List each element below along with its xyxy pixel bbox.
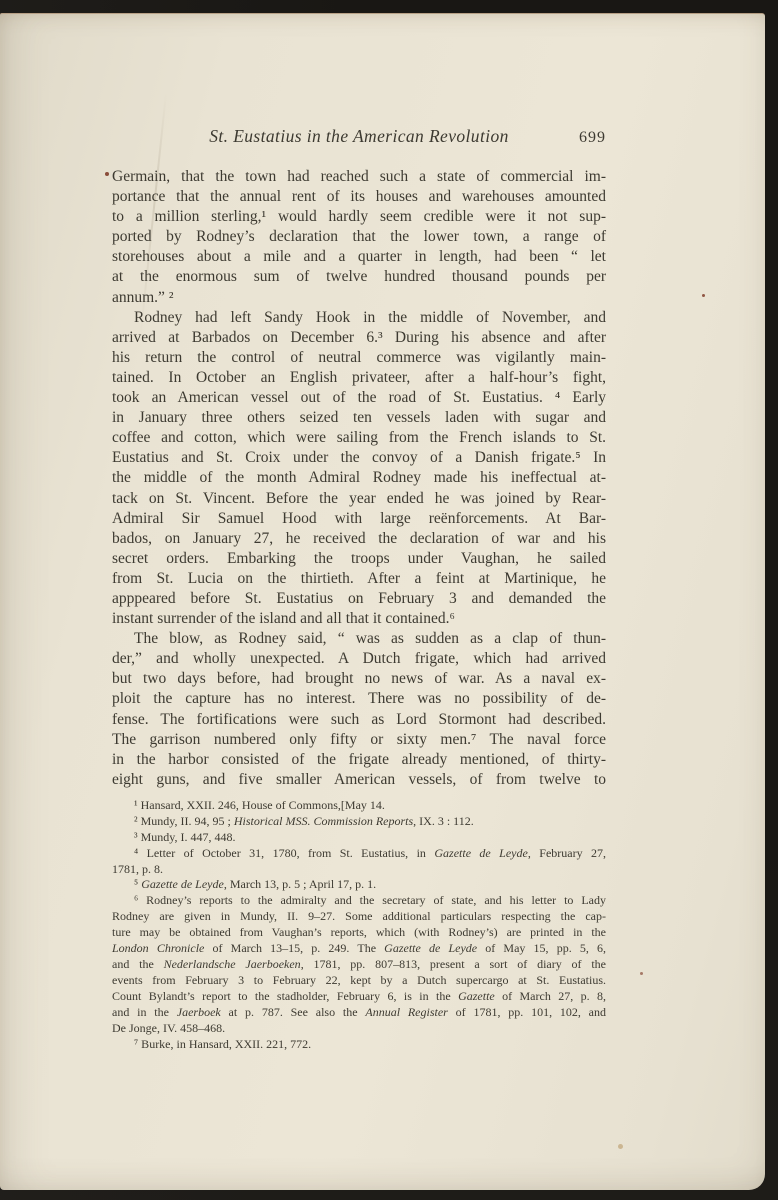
body-line: Germain, that the town had reached such … — [112, 167, 606, 187]
footnote-line: ture may be obtained from Vaughan’s repo… — [112, 925, 606, 941]
footnote-text: , IX. 3 : 112. — [413, 814, 474, 828]
body-line: bados, on January 27, he received the de… — [112, 529, 606, 549]
footnote-text: De Jonge, IV. 458–468. — [112, 1021, 225, 1035]
body-line: The blow, as Rodney said, “ was as sudde… — [112, 629, 606, 649]
body-line: The garrison numbered only fifty or sixt… — [112, 730, 606, 750]
footnote-text: Count Bylandt’s report to the stadholder… — [112, 989, 458, 1003]
footnote-line: 1781, p. 8. — [112, 862, 606, 878]
body-line: eight guns, and five smaller American ve… — [112, 770, 606, 790]
italic-citation: Gazette — [458, 989, 495, 1003]
running-title: St. Eustatius in the American Revolution — [166, 126, 552, 147]
footnote-line: De Jonge, IV. 458–468. — [112, 1021, 606, 1037]
footnote-text: and in the — [112, 1005, 177, 1019]
italic-citation: Historical MSS. Commission Reports — [234, 814, 413, 828]
footnote-text: of March 13–15, p. 249. The — [204, 941, 384, 955]
body-line: in the harbor consisted of the frigate a… — [112, 750, 606, 770]
italic-citation: Gazette de Leyde — [141, 877, 224, 891]
body-line: the middle of the month Admiral Rodney m… — [112, 468, 606, 488]
footnote-line: London Chronicle of March 13–15, p. 249.… — [112, 941, 606, 957]
body-line: der,” and wholly unexpected. A Dutch fri… — [112, 649, 606, 669]
footnote-text: of March 27, p. 8, — [495, 989, 606, 1003]
scanned-book-page: { "header": { "title": "St. Eustatius in… — [0, 0, 778, 1200]
footnote-line: and in the Jaerboek at p. 787. See also … — [112, 1005, 606, 1021]
body-line: ploit the capture has no interest. There… — [112, 689, 606, 709]
footnote-line: ³ Mundy, I. 447, 448. — [112, 830, 606, 846]
body-line: in January three others seized ten vesse… — [112, 408, 606, 428]
footnote-line: Rodney are given in Mundy, II. 9–27. Som… — [112, 909, 606, 925]
body-line: tack on St. Vincent. Before the year end… — [112, 489, 606, 509]
ink-speck — [702, 294, 705, 297]
body-line: annum.” ² — [112, 288, 606, 308]
footnote-text: ⁶ Rodney’s reports to the admiralty and … — [134, 893, 606, 907]
body-line: fense. The fortifications were such as L… — [112, 710, 606, 730]
body-line: storehouses about a mile and a quarter i… — [112, 247, 606, 267]
body-line: his return the control of neutral commer… — [112, 348, 606, 368]
body-line: instant surrender of the island and all … — [112, 609, 606, 629]
body-line: apppeared before St. Eustatius on Februa… — [112, 589, 606, 609]
body-line: secret orders. Embarking the troops unde… — [112, 549, 606, 569]
footnote-text: , March 13, p. 5 ; April 17, p. 1. — [224, 877, 376, 891]
footnote-text: of 1781, pp. 101, 102, and — [448, 1005, 606, 1019]
italic-citation: Gazette de Leyde — [434, 846, 527, 860]
footnotes: ¹ Hansard, XXII. 246, House of Commons,[… — [112, 798, 606, 1053]
body-line: at the enormous sum of twelve hundred th… — [112, 267, 606, 287]
paper-stain — [618, 1144, 623, 1149]
body-line: coffee and cotton, which were sailing fr… — [112, 428, 606, 448]
italic-citation: Nederlandsche Jaerboeken — [164, 957, 301, 971]
paper: St. Eustatius in the American Revolution… — [0, 13, 765, 1190]
footnote-text: events from February 3 to February 22, k… — [112, 973, 606, 987]
footnote-text: at p. 787. See also the — [221, 1005, 366, 1019]
page-header: St. Eustatius in the American Revolution… — [112, 126, 606, 150]
footnote-line: ⁶ Rodney’s reports to the admiralty and … — [112, 893, 606, 909]
footnote-text: ² Mundy, II. 94, 95 ; — [134, 814, 234, 828]
footnote-text: of May 15, pp. 5, 6, — [477, 941, 606, 955]
footnote-text: ture may be obtained from Vaughan’s repo… — [112, 925, 606, 939]
footnote-text: , 1781, pp. 807–813, present a sort of d… — [301, 957, 606, 971]
footnote-line: ⁵ Gazette de Leyde, March 13, p. 5 ; Apr… — [112, 877, 606, 893]
footnote-text: ⁴ Letter of October 31, 1780, from St. E… — [134, 846, 434, 860]
italic-citation: Jaerboek — [177, 1005, 221, 1019]
footnote-line: and the Nederlandsche Jaerboeken, 1781, … — [112, 957, 606, 973]
footnote-line: ² Mundy, II. 94, 95 ; Historical MSS. Co… — [112, 814, 606, 830]
footnote-line: ⁷ Burke, in Hansard, XXII. 221, 772. — [112, 1037, 606, 1053]
body-line: tained. In October an English privateer,… — [112, 368, 606, 388]
ink-speck — [640, 972, 643, 975]
footnote-line: events from February 3 to February 22, k… — [112, 973, 606, 989]
footnote-text: ⁷ Burke, in Hansard, XXII. 221, 772. — [134, 1037, 311, 1051]
body-line: from St. Lucia on the thirtieth. After a… — [112, 569, 606, 589]
body-line: Admiral Sir Samuel Hood with large reënf… — [112, 509, 606, 529]
footnote-text: ¹ Hansard, XXII. 246, House of Commons,[… — [134, 798, 385, 812]
body-line: Eustatius and St. Croix under the convoy… — [112, 448, 606, 468]
footnote-text: and the — [112, 957, 164, 971]
body-line: took an American vessel out of the road … — [112, 388, 606, 408]
footnote-text: , February 27, — [528, 846, 606, 860]
footnote-line: ⁴ Letter of October 31, 1780, from St. E… — [112, 846, 606, 862]
body-line: portance that the annual rent of its hou… — [112, 187, 606, 207]
body-text: Germain, that the town had reached such … — [112, 167, 606, 790]
footnote-line: ¹ Hansard, XXII. 246, House of Commons,[… — [112, 798, 606, 814]
italic-citation: London Chronicle — [112, 941, 204, 955]
body-line: to a million sterling,¹ would hardly see… — [112, 207, 606, 227]
footnote-text: ³ Mundy, I. 447, 448. — [134, 830, 235, 844]
footnote-line: Count Bylandt’s report to the stadholder… — [112, 989, 606, 1005]
body-line: but two days before, had brought no news… — [112, 669, 606, 689]
footnote-text: 1781, p. 8. — [112, 862, 163, 876]
italic-citation: Annual Register — [365, 1005, 447, 1019]
body-line: arrived at Barbados on December 6.³ Duri… — [112, 328, 606, 348]
italic-citation: Gazette de Leyde — [384, 941, 477, 955]
body-line: Rodney had left Sandy Hook in the middle… — [112, 308, 606, 328]
text-column: St. Eustatius in the American Revolution… — [112, 14, 606, 1052]
body-line: ported by Rodney’s declaration that the … — [112, 227, 606, 247]
footnote-text: Rodney are given in Mundy, II. 9–27. Som… — [112, 909, 606, 923]
ink-speck — [105, 172, 109, 176]
page-number: 699 — [552, 129, 606, 147]
